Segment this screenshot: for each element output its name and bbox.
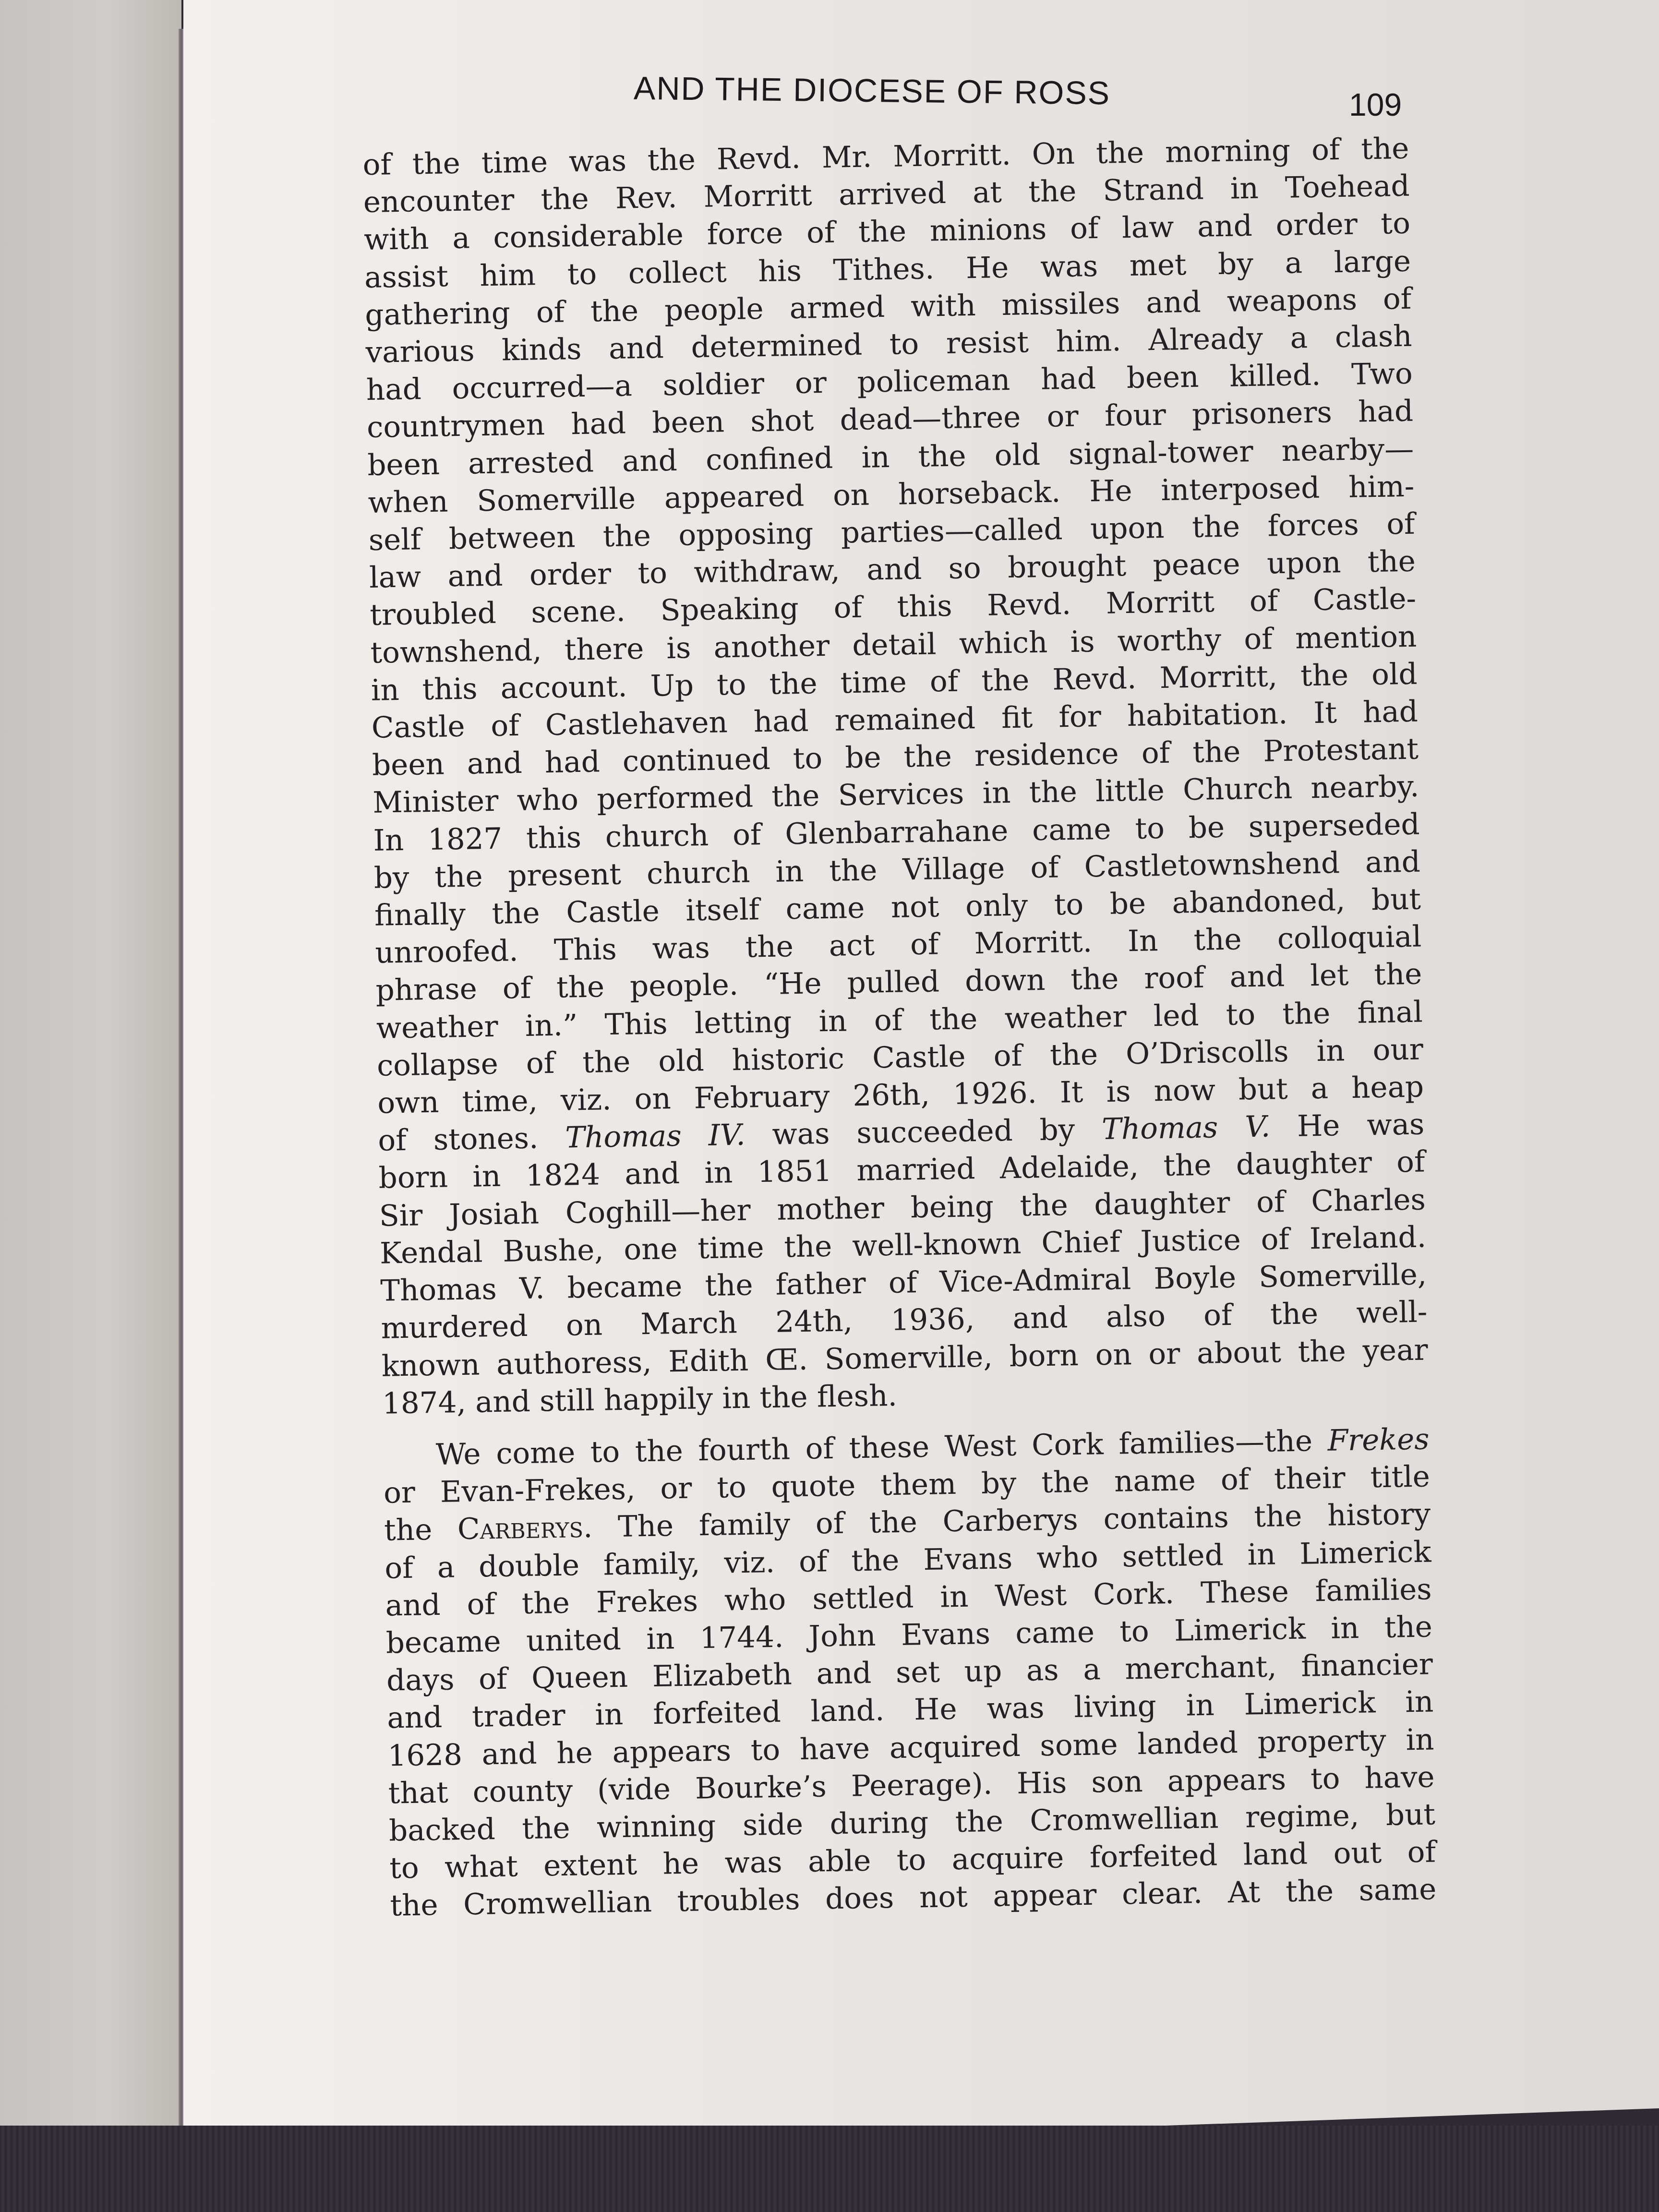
background-fabric (0, 2126, 1659, 2212)
paragraph-1: of the time was the Revd. Mr. Morritt. O… (362, 130, 1429, 1423)
text-segment: the (384, 1513, 458, 1548)
text-segment: He was (1270, 1107, 1425, 1144)
smallcaps-title: Carberys (457, 1510, 583, 1546)
italic-name: Thomas IV. (565, 1118, 745, 1155)
text-segment: was succeeded by (745, 1112, 1102, 1152)
paragraph-2: We come to the fourth of these West Cork… (383, 1420, 1437, 1925)
running-head: AND THE DIOCESE OF ROSS (634, 70, 1111, 112)
page-number: 109 (1349, 86, 1402, 123)
italic-name: Thomas V. (1102, 1110, 1271, 1147)
body-text: of the time was the Revd. Mr. Morritt. O… (362, 130, 1437, 1925)
left-page-edge (0, 0, 181, 2212)
book-gutter (179, 29, 183, 2179)
text-segment: of stones. (378, 1121, 565, 1158)
italic-name: Frekes (1327, 1422, 1430, 1457)
